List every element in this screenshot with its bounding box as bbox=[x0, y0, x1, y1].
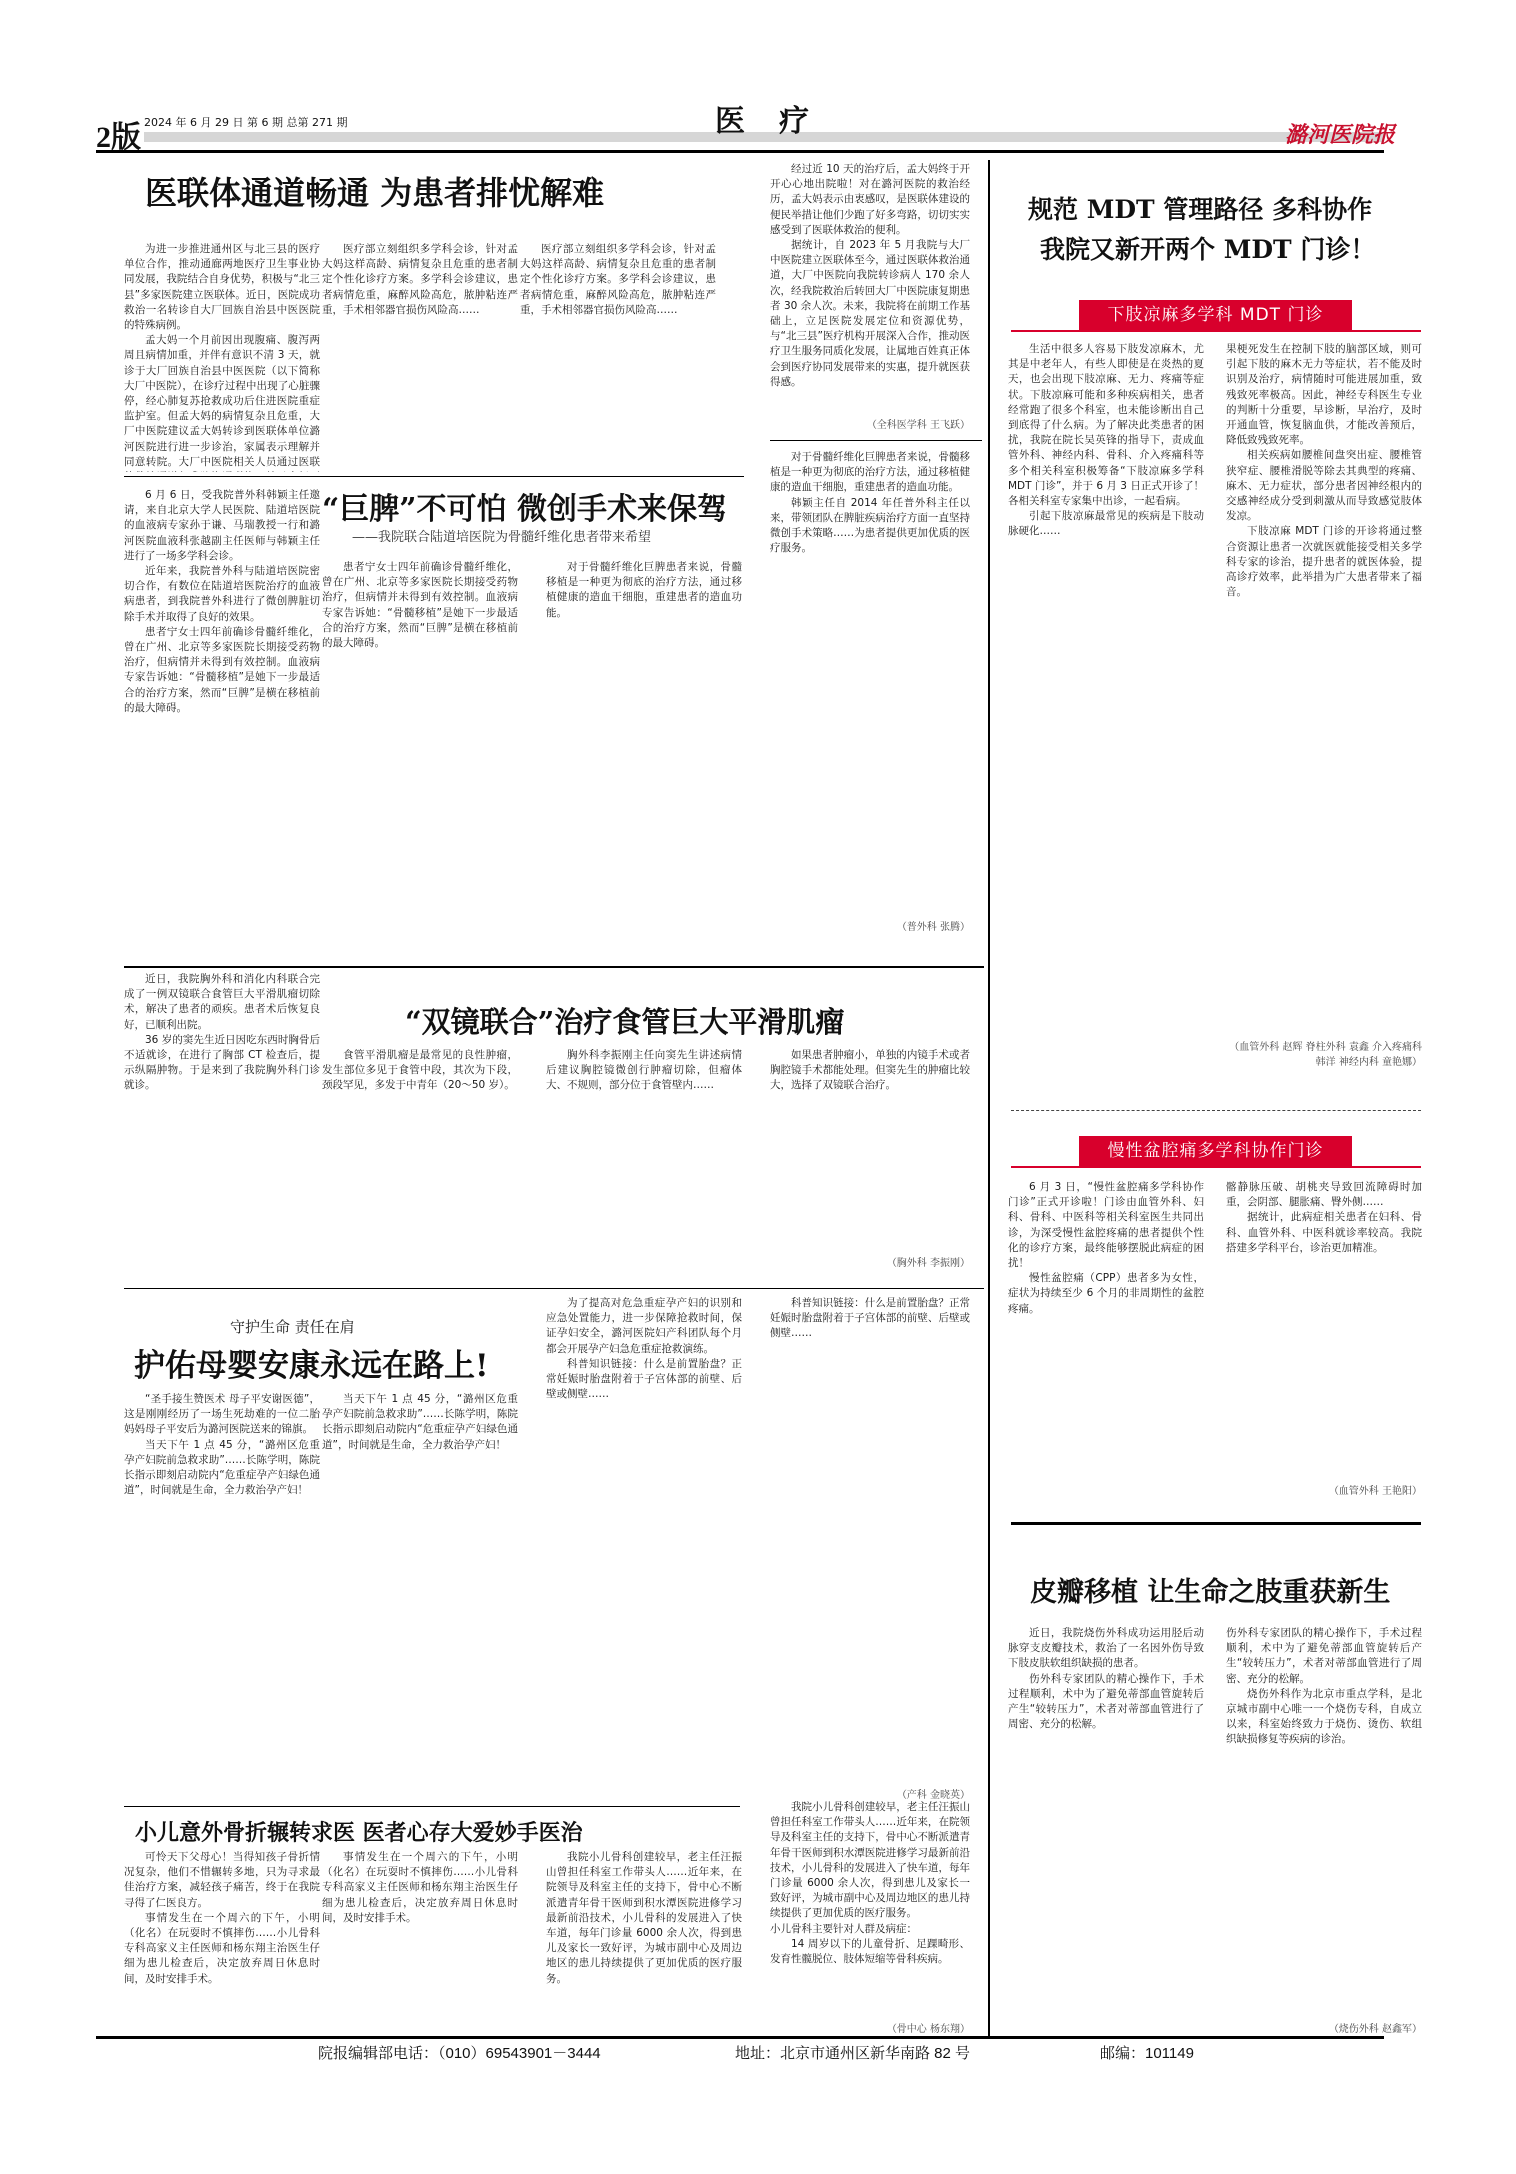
paragraph: 6 月 6 日，受我院普外科韩颖主任邀请，来自北京大学人民医院、陆道培医院的血液… bbox=[124, 488, 320, 564]
divider bbox=[770, 440, 982, 441]
divider bbox=[124, 476, 744, 477]
section-title: 医疗 bbox=[715, 96, 843, 140]
paragraph: 小儿骨科主要针对人群及病症： bbox=[770, 1922, 970, 1937]
article-yilianti-col1: 为进一步推进通州区与北三县的医疗单位合作，推动通廊两地医疗卫生事业协同发展，我院… bbox=[124, 242, 320, 472]
article-yilianti-col4: 经过近 10 天的治疗后，孟大妈终于开开心心地出院啦！对在潞河医院的救治经历，孟… bbox=[770, 162, 970, 424]
mdt-section1-col2: 果梗死发生在控制下肢的脑部区域，则可引起下肢的麻木无力等症状，若不能及时识别及治… bbox=[1226, 342, 1422, 1002]
paragraph: 可怜天下父母心！当得知孩子骨折情况复杂，他们不惜辗转多地，只为寻求最佳治疗方案，… bbox=[124, 1850, 320, 1911]
article-piban-col1: 近日，我院烧伤外科成功运用胫后动脉穿支皮瓣技术，救治了一名因外伤导致下肢皮肤软组… bbox=[1008, 1626, 1204, 2026]
mdt-section1-col1: 生活中很多人容易下肢发凉麻木，尤其是中老年人，有些人即使是在炎热的夏天，也会出现… bbox=[1008, 342, 1204, 1042]
red-rule bbox=[1011, 330, 1421, 332]
divider bbox=[124, 966, 984, 968]
paragraph: 近年来，我院普外科与陆道培医院密切合作，有数位在陆道培医院治疗的血液病患者，到我… bbox=[124, 564, 320, 625]
mdt-banner-lower-limb: 下肢凉麻多学科 MDT 门诊 bbox=[1079, 300, 1352, 330]
paragraph: 当天下午 1 点 45 分，“潞州区危重孕产妇院前急救求助”……长陈学明，陈院长… bbox=[322, 1392, 518, 1453]
article-yilianti-headline: 医联体通道畅通 为患者排忧解难 bbox=[145, 168, 604, 214]
paragraph: 对于骨髓纤维化巨脾患者来说，骨髓移植是一种更为彻底的治疗方法，通过移植健康的造血… bbox=[546, 560, 742, 621]
article-piban-headline: 皮瓣移植 让生命之肢重获新生 bbox=[1030, 1570, 1390, 1609]
paragraph: 事情发生在一个周六的下午，小明（化名）在玩耍时不慎摔伤……小儿骨科专科高家义主任… bbox=[124, 1911, 320, 1987]
paragraph: 韩颖主任自 2014 年任普外科主任以来，带领团队在脾脏疾病治疗方面一直坚持微创… bbox=[770, 496, 970, 557]
mdt-section1-byline: （血管外科 赵辉 脊柱外科 袁鑫 介入疼痛科 韩洋 神经内科 童艳娜） bbox=[1226, 1040, 1422, 1070]
article-shuangjing-byline: （胸外科 李振刚） bbox=[770, 1254, 970, 1269]
dashed-divider bbox=[1011, 1110, 1421, 1111]
article-shuangjing-col2: 食管平滑肌瘤是最常见的良性肿瘤，发生部位多见于食管中段，其次为下段，颈段罕见，多… bbox=[322, 1048, 518, 1272]
paragraph: 我院小儿骨科创建较早，老主任汪振山曾担任科室工作带头人……近年来，在院领导及科室… bbox=[546, 1850, 742, 1987]
article-mdt-headline-line2: 我院又新开两个 MDT 门诊！ bbox=[1040, 230, 1375, 266]
paragraph: 我院小儿骨科创建较早，老主任汪振山曾担任科室工作带头人……近年来，在院领导及科室… bbox=[770, 1800, 970, 1922]
article-huyou-col2: 当天下午 1 点 45 分，“潞州区危重孕产妇院前急救求助”……长陈学明，陈院长… bbox=[322, 1392, 518, 1812]
red-rule bbox=[1011, 1166, 1421, 1168]
article-xiaoer-col3: 我院小儿骨科创建较早，老主任汪振山曾担任科室工作带头人……近年来，在院领导及科室… bbox=[546, 1850, 742, 2040]
mdt-banner-pelvic-pain: 慢性盆腔痛多学科协作门诊 bbox=[1079, 1136, 1352, 1166]
article-huyou-byline: （产科 金晓英） bbox=[770, 1786, 970, 1801]
paragraph: 伤外科专家团队的精心操作下，手术过程顺利，术中为了避免蒂部血管旋转后产生“较转压… bbox=[1008, 1672, 1204, 1733]
masthead-rule bbox=[96, 150, 1384, 153]
paragraph: 食管平滑肌瘤是最常见的良性肿瘤，发生部位多见于食管中段，其次为下段，颈段罕见，多… bbox=[322, 1048, 518, 1094]
article-xiaoer-col1: 可怜天下父母心！当得知孩子骨折情况复杂，他们不惜辗转多地，只为寻求最佳治疗方案，… bbox=[124, 1850, 320, 2040]
article-shuangjing-col3: 胸外科李振刚主任向窦先生讲述病情后建议胸腔镜微创行肿瘤切除，但瘤体大、不规则，部… bbox=[546, 1048, 742, 1272]
article-piban-col2: 伤外科专家团队的精心操作下，手术过程顺利，术中为了避免蒂部血管旋转后产生“较转压… bbox=[1226, 1626, 1422, 2016]
paragraph: 果梗死发生在控制下肢的脑部区域，则可引起下肢的麻木无力等症状，若不能及时识别及治… bbox=[1226, 342, 1422, 448]
paragraph: 引起下肢凉麻最常见的疾病是下肢动脉硬化…… bbox=[1008, 509, 1204, 539]
divider bbox=[124, 1806, 740, 1807]
paragraph: “圣手接生赞医术 母子平安谢医德”，这是刚刚经历了一场生死劫难的一位二胎妈妈母子… bbox=[124, 1392, 320, 1438]
paragraph: 14 周岁以下的儿童骨折、足踝畸形、发育性髋脱位、肢体短缩等骨科疾病。 bbox=[770, 1937, 970, 1967]
article-jupi-col1: 6 月 6 日，受我院普外科韩颖主任邀请，来自北京大学人民医院、陆道培医院的血液… bbox=[124, 488, 320, 938]
paragraph: 孟大妈一个月前因出现腹痛、腹泻两周且病情加重，并伴有意识不清 3 天，就诊于大厂… bbox=[124, 333, 320, 472]
article-xiaoer-col4: 我院小儿骨科创建较早，老主任汪振山曾担任科室工作带头人……近年来，在院领导及科室… bbox=[770, 1800, 970, 2020]
paragraph: 科普知识链接：什么是前置胎盘？正常妊娠时胎盘附着于子宫体部的前壁、后壁或侧壁…… bbox=[546, 1357, 742, 1403]
article-huyou-col4: 科普知识链接：什么是前置胎盘？正常妊娠时胎盘附着于子宫体部的前壁、后壁或侧壁…… bbox=[770, 1296, 970, 1776]
paragraph: 慢性盆腔痛（CPP）患者多为女性，症状为持续至少 6 个月的非周期性的盆腔疼痛。 bbox=[1008, 1271, 1204, 1317]
article-shuangjing-headline: “双镜联合”治疗食管巨大平滑肌瘤 bbox=[405, 1000, 844, 1041]
article-huyou-kicker: 守护生命 责任在肩 bbox=[230, 1316, 355, 1337]
article-shuangjing-col1: 近日，我院胸外科和消化内科联合完成了一例双镜联合食管巨大平滑肌瘤切除术，解决了患… bbox=[124, 972, 320, 1272]
paragraph: 据统计，自 2023 年 5 月我院与大厂中医院建立医联体至今，通过医联体救治通… bbox=[770, 238, 970, 390]
article-jupi-col2: 患者宁女士四年前确诊骨髓纤维化，曾在广州、北京等多家医院长期接受药物治疗，但病情… bbox=[322, 560, 518, 938]
article-huyou-col3: 为了提高对危急重症孕产妇的识别和应急处置能力，进一步保障抢救时间，保证孕妇安全，… bbox=[546, 1296, 742, 1812]
paragraph: 为了提高对危急重症孕产妇的识别和应急处置能力，进一步保障抢救时间，保证孕妇安全，… bbox=[546, 1296, 742, 1357]
footer-rule bbox=[96, 2036, 1384, 2039]
newspaper-logo: 潞河医院报 bbox=[1285, 118, 1395, 149]
footer-postcode: 邮编：101149 bbox=[1100, 2042, 1194, 2063]
paragraph: 髂静脉压破、胡桃夹导致回流障碍时加重，会阴部、腿胀痛、臀外侧…… bbox=[1226, 1180, 1422, 1210]
article-huyou-col1: “圣手接生赞医术 母子平安谢医德”，这是刚刚经历了一场生死劫难的一位二胎妈妈母子… bbox=[124, 1392, 320, 1812]
paragraph: 患者宁女士四年前确诊骨髓纤维化，曾在广州、北京等多家医院长期接受药物治疗，但病情… bbox=[322, 560, 518, 651]
mdt-section2-col2: 髂静脉压破、胡桃夹导致回流障碍时加重，会阴部、腿胀痛、臀外侧…… 据统计，此病症… bbox=[1226, 1180, 1422, 1470]
paragraph: 下肢凉麻 MDT 门诊的开诊将通过整合资源让患者一次就医就能接受相关多学科专家的… bbox=[1226, 524, 1422, 600]
footer-phone: 院报编辑部电话：（010）69543901－3444 bbox=[318, 2042, 601, 2063]
issue-date-line: 2024 年 6 月 29 日 第 6 期 总第 271 期 bbox=[144, 114, 347, 130]
paragraph: 近日，我院烧伤外科成功运用胫后动脉穿支皮瓣技术，救治了一名因外伤导致下肢皮肤软组… bbox=[1008, 1626, 1204, 1672]
article-shuangjing-col4: 如果患者肿瘤小，单独的内镜手术或者胸腔镜手术都能处理。但窦先生的肿瘤比较大，选择… bbox=[770, 1048, 970, 1248]
paragraph: 烧伤外科作为北京市重点学科，是北京城市副中心唯一一个烧伤专科，自成立以来，科室始… bbox=[1226, 1687, 1422, 1748]
paragraph: 如果患者肿瘤小，单独的内镜手术或者胸腔镜手术都能处理。但窦先生的肿瘤比较大，选择… bbox=[770, 1048, 970, 1094]
article-yilianti-byline: （全科医学科 王飞跃） bbox=[770, 416, 970, 431]
article-jupi-col3: 对于骨髓纤维化巨脾患者来说，骨髓移植是一种更为彻底的治疗方法，通过移植健康的造血… bbox=[546, 560, 742, 938]
article-jupi-col4: 对于骨髓纤维化巨脾患者来说，骨髓移植是一种更为彻底的治疗方法，通过移植健康的造血… bbox=[770, 450, 970, 910]
article-yilianti-col3: 医疗部立刻组织多学科会诊，针对孟大妈这样高龄、病情复杂且危重的患者制定个性化诊疗… bbox=[520, 242, 716, 472]
paragraph: 近日，我院胸外科和消化内科联合完成了一例双镜联合食管巨大平滑肌瘤切除术，解决了患… bbox=[124, 972, 320, 1033]
article-xiaoer-byline: （骨中心 杨东翔） bbox=[770, 2020, 970, 2035]
article-jupi-byline: （普外科 张腾） bbox=[770, 918, 970, 933]
article-mdt-headline-line1: 规范 MDT 管理路径 多科协作 bbox=[1028, 190, 1372, 226]
divider bbox=[1011, 1522, 1421, 1525]
paragraph: 科普知识链接：什么是前置胎盘？正常妊娠时胎盘附着于子宫体部的前壁、后壁或侧壁…… bbox=[770, 1296, 970, 1342]
paragraph: 为进一步推进通州区与北三县的医疗单位合作，推动通廊两地医疗卫生事业协同发展，我院… bbox=[124, 242, 320, 333]
article-xiaoer-col2: 事情发生在一个周六的下午，小明（化名）在玩耍时不慎摔伤……小儿骨科专科高家义主任… bbox=[322, 1850, 518, 2040]
paragraph: 相关疾病如腰椎间盘突出症、腰椎管狭窄症、腰椎滑脱等除去其典型的疼痛、麻木、无力症… bbox=[1226, 448, 1422, 524]
paragraph: 胸外科李振刚主任向窦先生讲述病情后建议胸腔镜微创行肿瘤切除，但瘤体大、不规则，部… bbox=[546, 1048, 742, 1094]
paragraph: 生活中很多人容易下肢发凉麻木，尤其是中老年人，有些人即使是在炎热的夏天，也会出现… bbox=[1008, 342, 1204, 509]
paragraph: 患者宁女士四年前确诊骨髓纤维化，曾在广州、北京等多家医院长期接受药物治疗，但病情… bbox=[124, 625, 320, 716]
paragraph: 据统计，此病症相关患者在妇科、骨科、血管外科、中医科就诊率较高。我院搭建多学科平… bbox=[1226, 1210, 1422, 1256]
paragraph: 对于骨髓纤维化巨脾患者来说，骨髓移植是一种更为彻底的治疗方法，通过移植健康的造血… bbox=[770, 450, 970, 496]
paragraph: 经过近 10 天的治疗后，孟大妈终于开开心心地出院啦！对在潞河医院的救治经历，孟… bbox=[770, 162, 970, 238]
article-yilianti-col2: 医疗部立刻组织多学科会诊，针对孟大妈这样高龄、病情复杂且危重的患者制定个性化诊疗… bbox=[322, 242, 518, 472]
article-piban-byline: （烧伤外科 赵鑫军） bbox=[1226, 2020, 1422, 2035]
paragraph: 医疗部立刻组织多学科会诊，针对孟大妈这样高龄、病情复杂且危重的患者制定个性化诊疗… bbox=[322, 242, 518, 318]
paragraph: 医疗部立刻组织多学科会诊，针对孟大妈这样高龄、病情复杂且危重的患者制定个性化诊疗… bbox=[520, 242, 716, 318]
article-xiaoer-headline: 小儿意外骨折辗转求医 医者心存大爱妙手医治 bbox=[135, 1816, 583, 1847]
paragraph: 36 岁的窦先生近日因吃东西时胸骨后不适就诊，在进行了胸部 CT 检查后，提示纵… bbox=[124, 1033, 320, 1094]
paragraph: 伤外科专家团队的精心操作下，手术过程顺利，术中为了避免蒂部血管旋转后产生“较转压… bbox=[1226, 1626, 1422, 1687]
paragraph: 事情发生在一个周六的下午，小明（化名）在玩耍时不慎摔伤……小儿骨科专科高家义主任… bbox=[322, 1850, 518, 1926]
divider bbox=[124, 1288, 984, 1289]
article-huyou-headline: 护佑母婴安康永远在路上! bbox=[134, 1340, 489, 1385]
mdt-section2-byline: （血管外科 王艳阳） bbox=[1226, 1482, 1422, 1497]
footer-address: 地址：北京市通州区新华南路 82 号 bbox=[735, 2042, 970, 2063]
paragraph: 6 月 3 日，“慢性盆腔痛多学科协作门诊”正式开诊啦！门诊由血管外科、妇科、骨… bbox=[1008, 1180, 1204, 1271]
column-divider bbox=[988, 160, 990, 2038]
mdt-section2-col1: 6 月 3 日，“慢性盆腔痛多学科协作门诊”正式开诊啦！门诊由血管外科、妇科、骨… bbox=[1008, 1180, 1204, 1490]
article-jupi-subhead: ——我院联合陆道培医院为骨髓纤维化患者带来希望 bbox=[352, 526, 651, 545]
paragraph: 当天下午 1 点 45 分，“潞州区危重孕产妇院前急救求助”……长陈学明，陈院长… bbox=[124, 1438, 320, 1499]
article-jupi-headline: “巨脾”不可怕 微创手术来保驾 bbox=[322, 484, 727, 528]
